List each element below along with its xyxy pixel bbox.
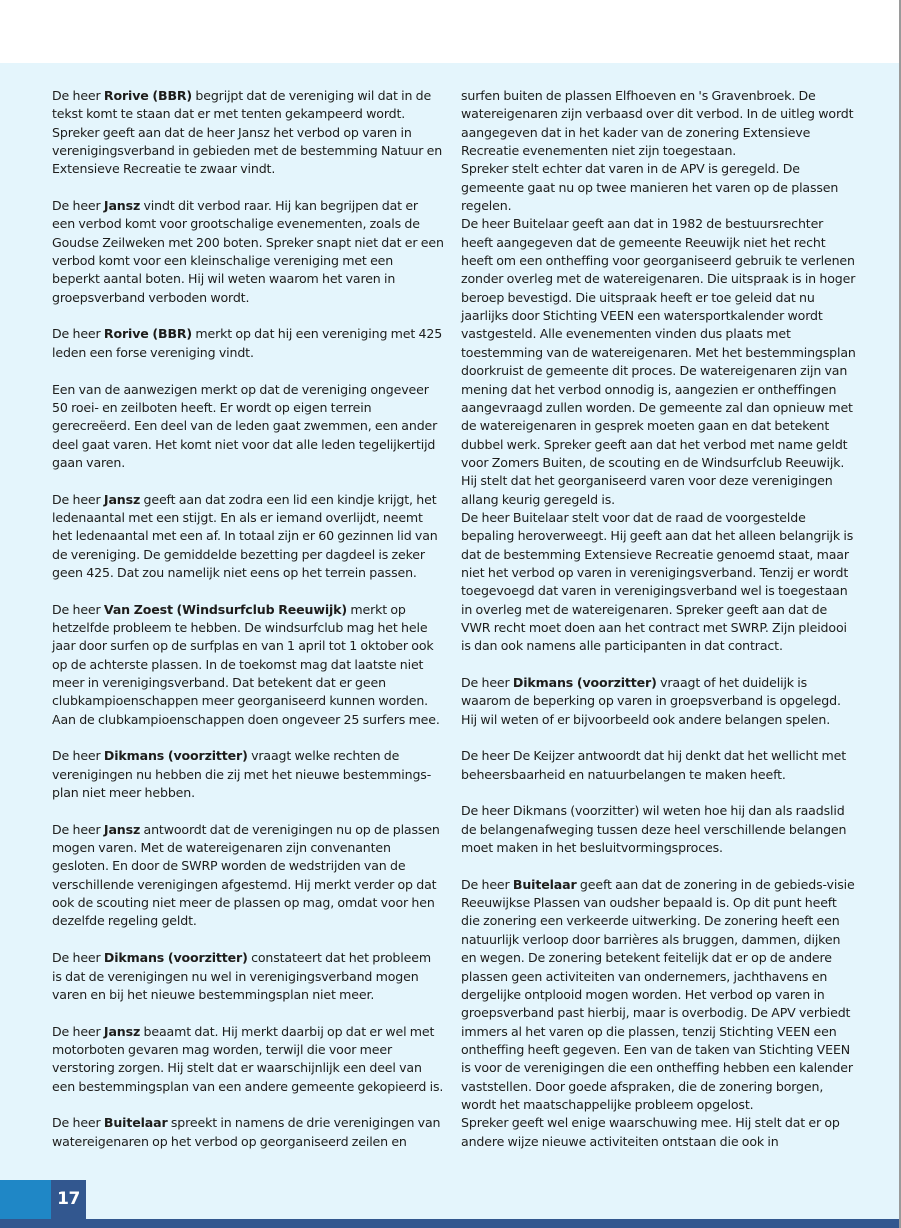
speaker-name: Buitelaar (104, 1115, 168, 1130)
paragraph-apv-regulation: Spreker stelt echter dat varen in de APV… (461, 160, 857, 215)
paragraph-jansz-motorboats: De heer Jansz beaamt dat. Hij merkt daar… (52, 1023, 444, 1096)
paragraph-buitelaar-zoning: De heer Buitelaar geeft aan dat de zoner… (461, 876, 857, 1114)
speaker-name: Van Zoest (Windsurfclub Reeuwijk) (104, 602, 347, 617)
paragraph-prefix: De heer (52, 198, 104, 213)
speaker-name: Rorive (BBR) (104, 88, 192, 103)
paragraph-prefix: De heer (52, 1024, 104, 1039)
paragraph-jansz-ban: De heer Jansz vindt dit verbod raar. Hij… (52, 197, 444, 307)
paragraph-warning: Spreker geeft wel enige waarschuwing mee… (461, 1114, 857, 1151)
paragraph-text: De heer De Keijzer antwoordt dat hij den… (461, 748, 846, 781)
paragraph-text: merkt op hetzelfde probleem te hebben. D… (52, 602, 440, 727)
paragraph-de-keijzer-answer: De heer De Keijzer antwoordt dat hij den… (461, 747, 857, 784)
paragraph-prefix: De heer (52, 326, 104, 341)
paragraph-buitelaar-1982: De heer Buitelaar geeft aan dat in 1982 … (461, 215, 857, 509)
paragraph-text: De heer Buitelaar geeft aan dat in 1982 … (461, 216, 856, 506)
paragraph-prefix: De heer (52, 602, 104, 617)
paragraph-dikmans-question: De heer Dikmans (voorzitter) vraagt of h… (461, 674, 857, 729)
paragraph-text: antwoordt dat de verenigingen nu op de p… (52, 822, 440, 929)
paragraph-buitelaar-proposal: De heer Buitelaar stelt voor dat de raad… (461, 509, 857, 656)
paragraph-rorive-tents: De heer Rorive (BBR) begrijpt dat de ver… (52, 87, 444, 179)
speaker-name: Jansz (104, 822, 140, 837)
paragraph-prefix: De heer (461, 675, 513, 690)
speaker-name: Jansz (104, 198, 140, 213)
paragraph-van-zoest-windsurf: De heer Van Zoest (Windsurfclub Reeuwijk… (52, 601, 444, 729)
paragraph-prefix: De heer (52, 950, 104, 965)
speaker-name: Rorive (BBR) (104, 326, 192, 341)
paragraph-text: geeft aan dat de zonering in de gebieds-… (461, 877, 855, 1112)
paragraph-text: Spreker geeft wel enige waarschuwing mee… (461, 1115, 840, 1148)
paragraph-text: De heer Dikmans (voorzitter) wil weten h… (461, 803, 846, 855)
paragraph-prefix: De heer (52, 822, 104, 837)
paragraph-prefix: De heer (461, 877, 513, 892)
paragraph-surfing-continued: surfen buiten de plassen Elfhoeven en 's… (461, 87, 857, 160)
speaker-name: Jansz (104, 1024, 140, 1039)
speaker-name: Jansz (104, 492, 140, 507)
paragraph-dikmans-problem: De heer Dikmans (voorzitter) constateert… (52, 949, 444, 1004)
paragraph-prefix: De heer (52, 88, 104, 103)
paragraph-attendee-boats: Een van de aanwezigen merkt op dat de ve… (52, 381, 444, 473)
paragraph-text: surfen buiten de plassen Elfhoeven en 's… (461, 88, 853, 158)
speaker-name: Dikmans (voorzitter) (104, 748, 248, 763)
paragraph-rorive-members: De heer Rorive (BBR) merkt op dat hij ee… (52, 325, 444, 362)
paragraph-dikmans-weighing: De heer Dikmans (voorzitter) wil weten h… (461, 802, 857, 857)
paragraph-jansz-answer: De heer Jansz antwoordt dat de verenigin… (52, 821, 444, 931)
right-text-column: surfen buiten de plassen Elfhoeven en 's… (461, 87, 857, 1151)
paragraph-prefix: De heer (52, 1115, 104, 1130)
footer-accent-block (0, 1180, 51, 1219)
paragraph-text: vindt dit verbod raar. Hij kan begrijpen… (52, 198, 444, 305)
page-top-margin (0, 0, 899, 63)
paragraph-jansz-membership: De heer Jansz geeft aan dat zodra een li… (52, 491, 444, 583)
paragraph-text: De heer Buitelaar stelt voor dat de raad… (461, 510, 853, 653)
paragraph-prefix: De heer (52, 748, 104, 763)
paragraph-text: Een van de aanwezigen merkt op dat de ve… (52, 382, 437, 470)
paragraph-text: Spreker stelt echter dat varen in de APV… (461, 161, 838, 213)
footer-strip (0, 1219, 899, 1228)
speaker-name: Dikmans (voorzitter) (513, 675, 657, 690)
paragraph-prefix: De heer (52, 492, 104, 507)
speaker-name: Dikmans (voorzitter) (104, 950, 248, 965)
paragraph-dikmans-rights: De heer Dikmans (voorzitter) vraagt welk… (52, 747, 444, 802)
paragraph-buitelaar-intro: De heer Buitelaar spreekt in namens de d… (52, 1114, 444, 1151)
left-text-column: De heer Rorive (BBR) begrijpt dat de ver… (52, 87, 444, 1151)
speaker-name: Buitelaar (513, 877, 577, 892)
